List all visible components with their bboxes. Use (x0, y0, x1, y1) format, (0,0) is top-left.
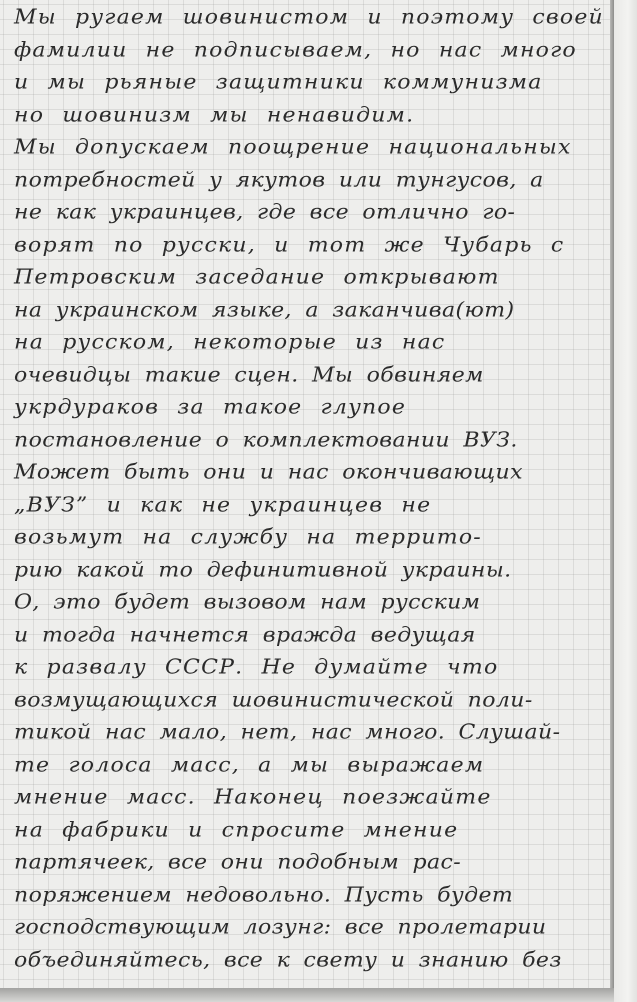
text-line: рию какой то дефинитивной украины. (14, 556, 614, 586)
text-line: возьмут на службу на террито- (14, 523, 614, 553)
text-line: на украинском языке, а заканчива(ют) (14, 296, 614, 326)
text-line: на фабрики и спросите мнение (14, 816, 614, 846)
text-line: Может быть они и нас окончивающих (14, 458, 614, 488)
text-line: объединяйтесь, все к свету и знанию без (14, 946, 614, 976)
text-line: к развалу СССР. Не думайте что (14, 653, 614, 683)
text-line: не как украинцев, где все отлично го- (14, 198, 614, 228)
text-line: потребностей у якутов или тунгусов, а (14, 166, 614, 196)
text-line: О, это будет вызовом нам русским (14, 588, 614, 618)
text-line: очевидцы такие сцен. Мы обвиняем (14, 361, 614, 391)
text-line: те голоса масс, а мы выражаем (14, 751, 614, 781)
text-line: возмущающихся шовинистической поли- (14, 686, 614, 716)
text-line: ворят по русски, и тот же Чубарь с (14, 231, 614, 261)
text-line: Мы ругаем шовинистом и поэтому своей (14, 3, 614, 33)
text-line: но шовинизм мы ненавидим. (14, 101, 614, 131)
text-line: поряжением недовольно. Пусть будет (14, 881, 614, 911)
text-line: на русском, некоторые из нас (14, 328, 614, 358)
text-line: укрдураков за такое глупое (14, 393, 614, 423)
handwritten-text: Мы ругаем шовинистом и поэтому своей фам… (14, 2, 614, 977)
text-line: постановление о комплектовании ВУЗ. (14, 426, 614, 456)
text-line: „ВУЗ” и как не украинцев не (14, 491, 614, 521)
bottom-shadow-strip (0, 988, 614, 1002)
page-edge (614, 0, 637, 1002)
text-line: Петровским заседание открывают (14, 263, 614, 293)
text-line: Мы допускаем поощрение национальных (14, 133, 614, 163)
text-line: тикой нас мало, нет, нас много. Слушай- (14, 718, 614, 748)
text-line: господствующим лозунг: все пролетарии (14, 913, 614, 943)
text-line: и тогда начнется вражда ведущая (14, 621, 614, 651)
text-line: фамилии не подписываем, но нас много (14, 36, 614, 66)
text-line: и мы рьяные защитники коммунизма (14, 68, 614, 98)
text-line: партячеек, все они подобным рас- (14, 848, 614, 878)
text-line: мнение масс. Наконец поезжайте (14, 783, 614, 813)
handwritten-page: Мы ругаем шовинистом и поэтому своей фам… (0, 0, 614, 988)
